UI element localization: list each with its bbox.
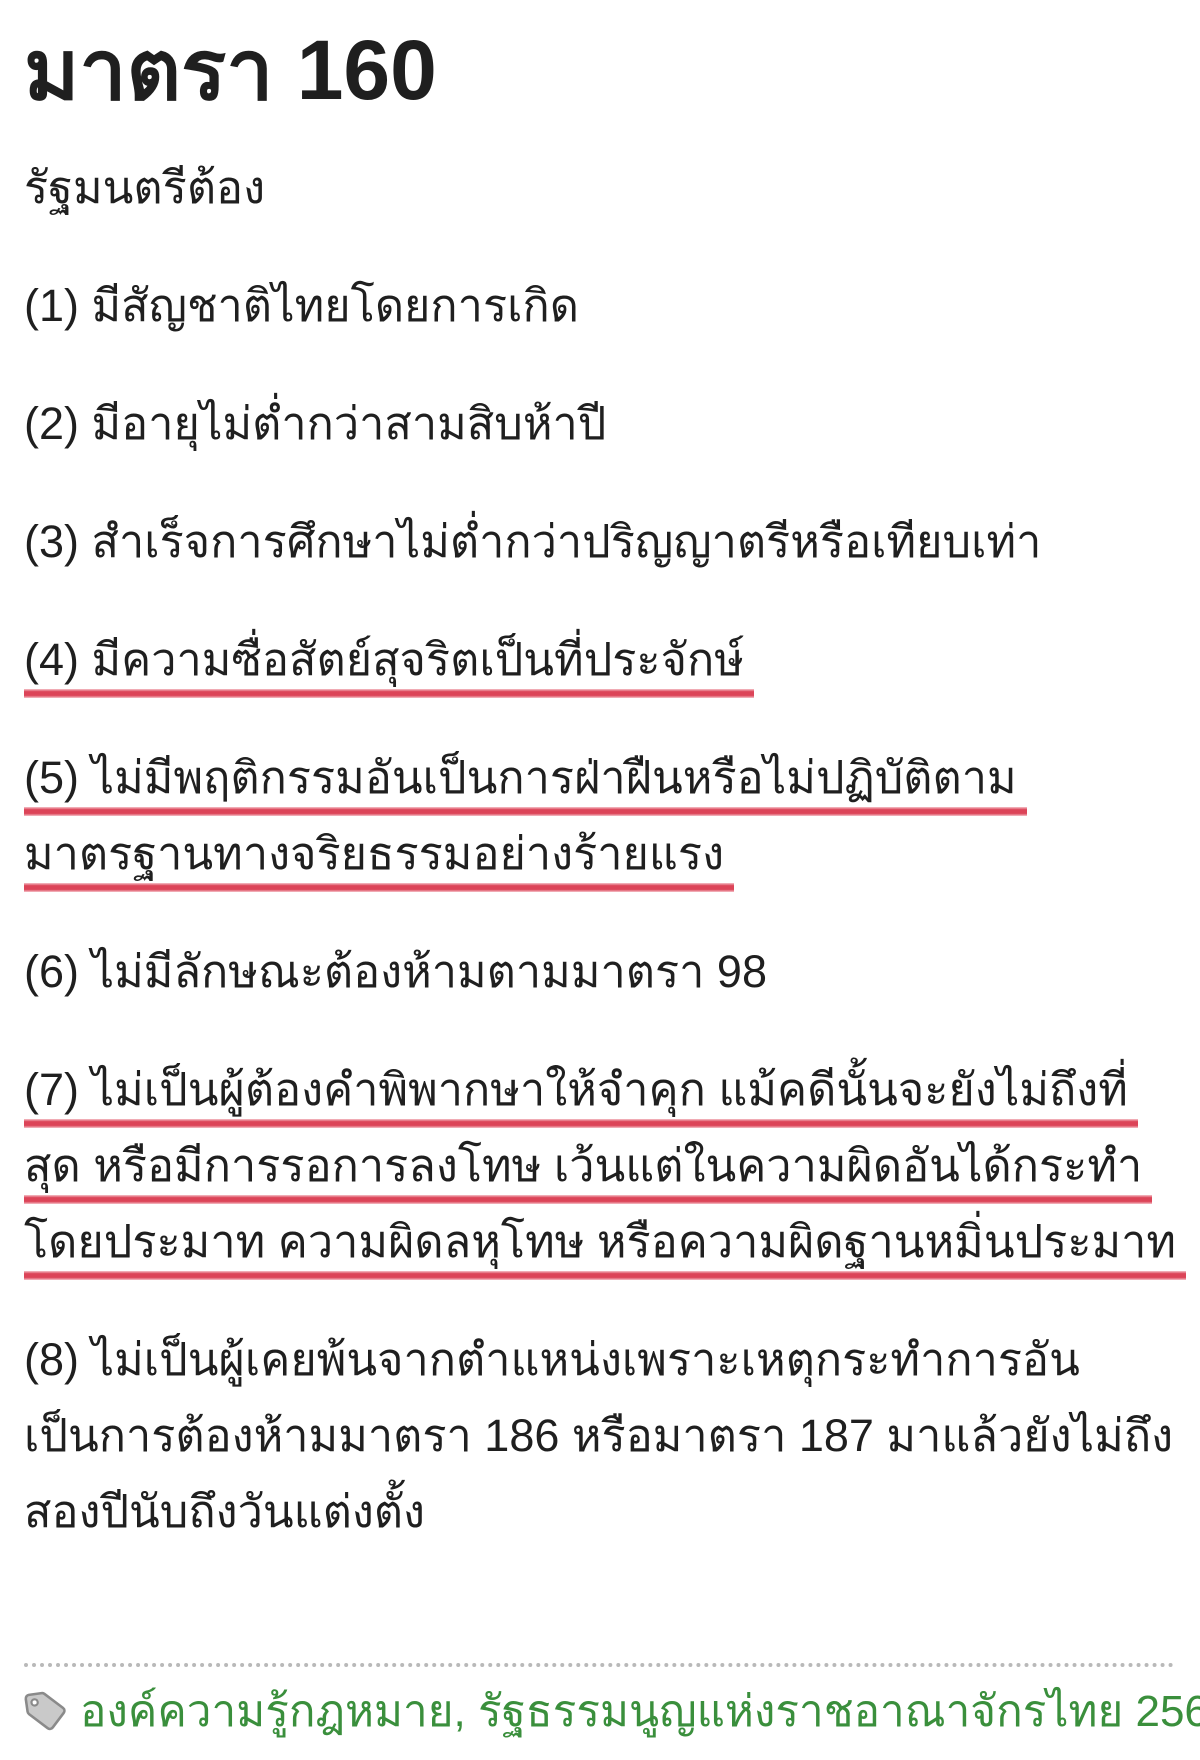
item-line: (8) ไม่เป็นผู้เคยพ้นจากตำแหน่งเพราะเหตุก… <box>24 1322 1080 1398</box>
document-page: มาตรา 160 รัฐมนตรีต้อง (1) มีสัญชาติไทยโ… <box>0 0 1200 1760</box>
list-item-1: (1) มีสัญชาติไทยโดยการเกิด <box>24 268 1174 344</box>
footer-tag-links: องค์ความรู้กฎหมาย, รัฐธรรมนูญแห่งราชอาณา… <box>80 1683 1200 1740</box>
tag-link-law-knowledge[interactable]: องค์ความรู้กฎหมาย <box>80 1687 454 1736</box>
item-line-underlined: มาตรฐานทางจริยธรรมอย่างร้ายแรง <box>24 816 734 892</box>
item-line-underlined: (5) ไม่มีพฤติกรรมอันเป็นการฝ่าฝืนหรือไม่… <box>24 740 1027 816</box>
item-line-underlined: สุด หรือมีการรอการลงโทษ เว้นแต่ในความผิด… <box>24 1128 1152 1204</box>
item-line-underlined: โดยประมาท ความผิดลหุโทษ หรือความผิดฐานหม… <box>24 1204 1186 1280</box>
item-line: (2) มีอายุไม่ต่ำกว่าสามสิบห้าปี <box>24 386 606 462</box>
page-title: มาตรา 160 <box>24 24 1174 116</box>
list-item-5: (5) ไม่มีพฤติกรรมอันเป็นการฝ่าฝืนหรือไม่… <box>24 740 1174 892</box>
item-line: (3) สำเร็จการศึกษาไม่ต่ำกว่าปริญญาตรีหรื… <box>24 504 1041 580</box>
footer-tags: องค์ความรู้กฎหมาย, รัฐธรรมนูญแห่งราชอาณา… <box>24 1663 1174 1740</box>
tag-link-constitution-2560[interactable]: รัฐธรรมนูญแห่งราชอาณาจักรไทย 2560 <box>478 1687 1200 1736</box>
tag-icon <box>24 1689 68 1733</box>
list-item-2: (2) มีอายุไม่ต่ำกว่าสามสิบห้าปี <box>24 386 1174 462</box>
item-line-underlined: (7) ไม่เป็นผู้ต้องคำพิพากษาให้จำคุก แม้ค… <box>24 1052 1138 1128</box>
list-item-7: (7) ไม่เป็นผู้ต้องคำพิพากษาให้จำคุก แม้ค… <box>24 1052 1174 1280</box>
item-line: สองปีนับถึงวันแต่งตั้ง <box>24 1474 425 1550</box>
item-line: เป็นการต้องห้ามมาตรา 186 หรือมาตรา 187 ม… <box>24 1398 1173 1474</box>
tag-separator: , <box>454 1687 478 1736</box>
item-line: (1) มีสัญชาติไทยโดยการเกิด <box>24 268 579 344</box>
item-line: (6) ไม่มีลักษณะต้องห้ามตามมาตรา 98 <box>24 934 767 1010</box>
item-line-underlined: (4) มีความซื่อสัตย์สุจริตเป็นที่ประจักษ์ <box>24 622 754 698</box>
list-item-8: (8) ไม่เป็นผู้เคยพ้นจากตำแหน่งเพราะเหตุก… <box>24 1322 1174 1550</box>
intro-text: รัฐมนตรีต้อง <box>24 150 1174 226</box>
list-item-3: (3) สำเร็จการศึกษาไม่ต่ำกว่าปริญญาตรีหรื… <box>24 504 1174 580</box>
list-item-4: (4) มีความซื่อสัตย์สุจริตเป็นที่ประจักษ์ <box>24 622 1174 698</box>
list-item-6: (6) ไม่มีลักษณะต้องห้ามตามมาตรา 98 <box>24 934 1174 1010</box>
